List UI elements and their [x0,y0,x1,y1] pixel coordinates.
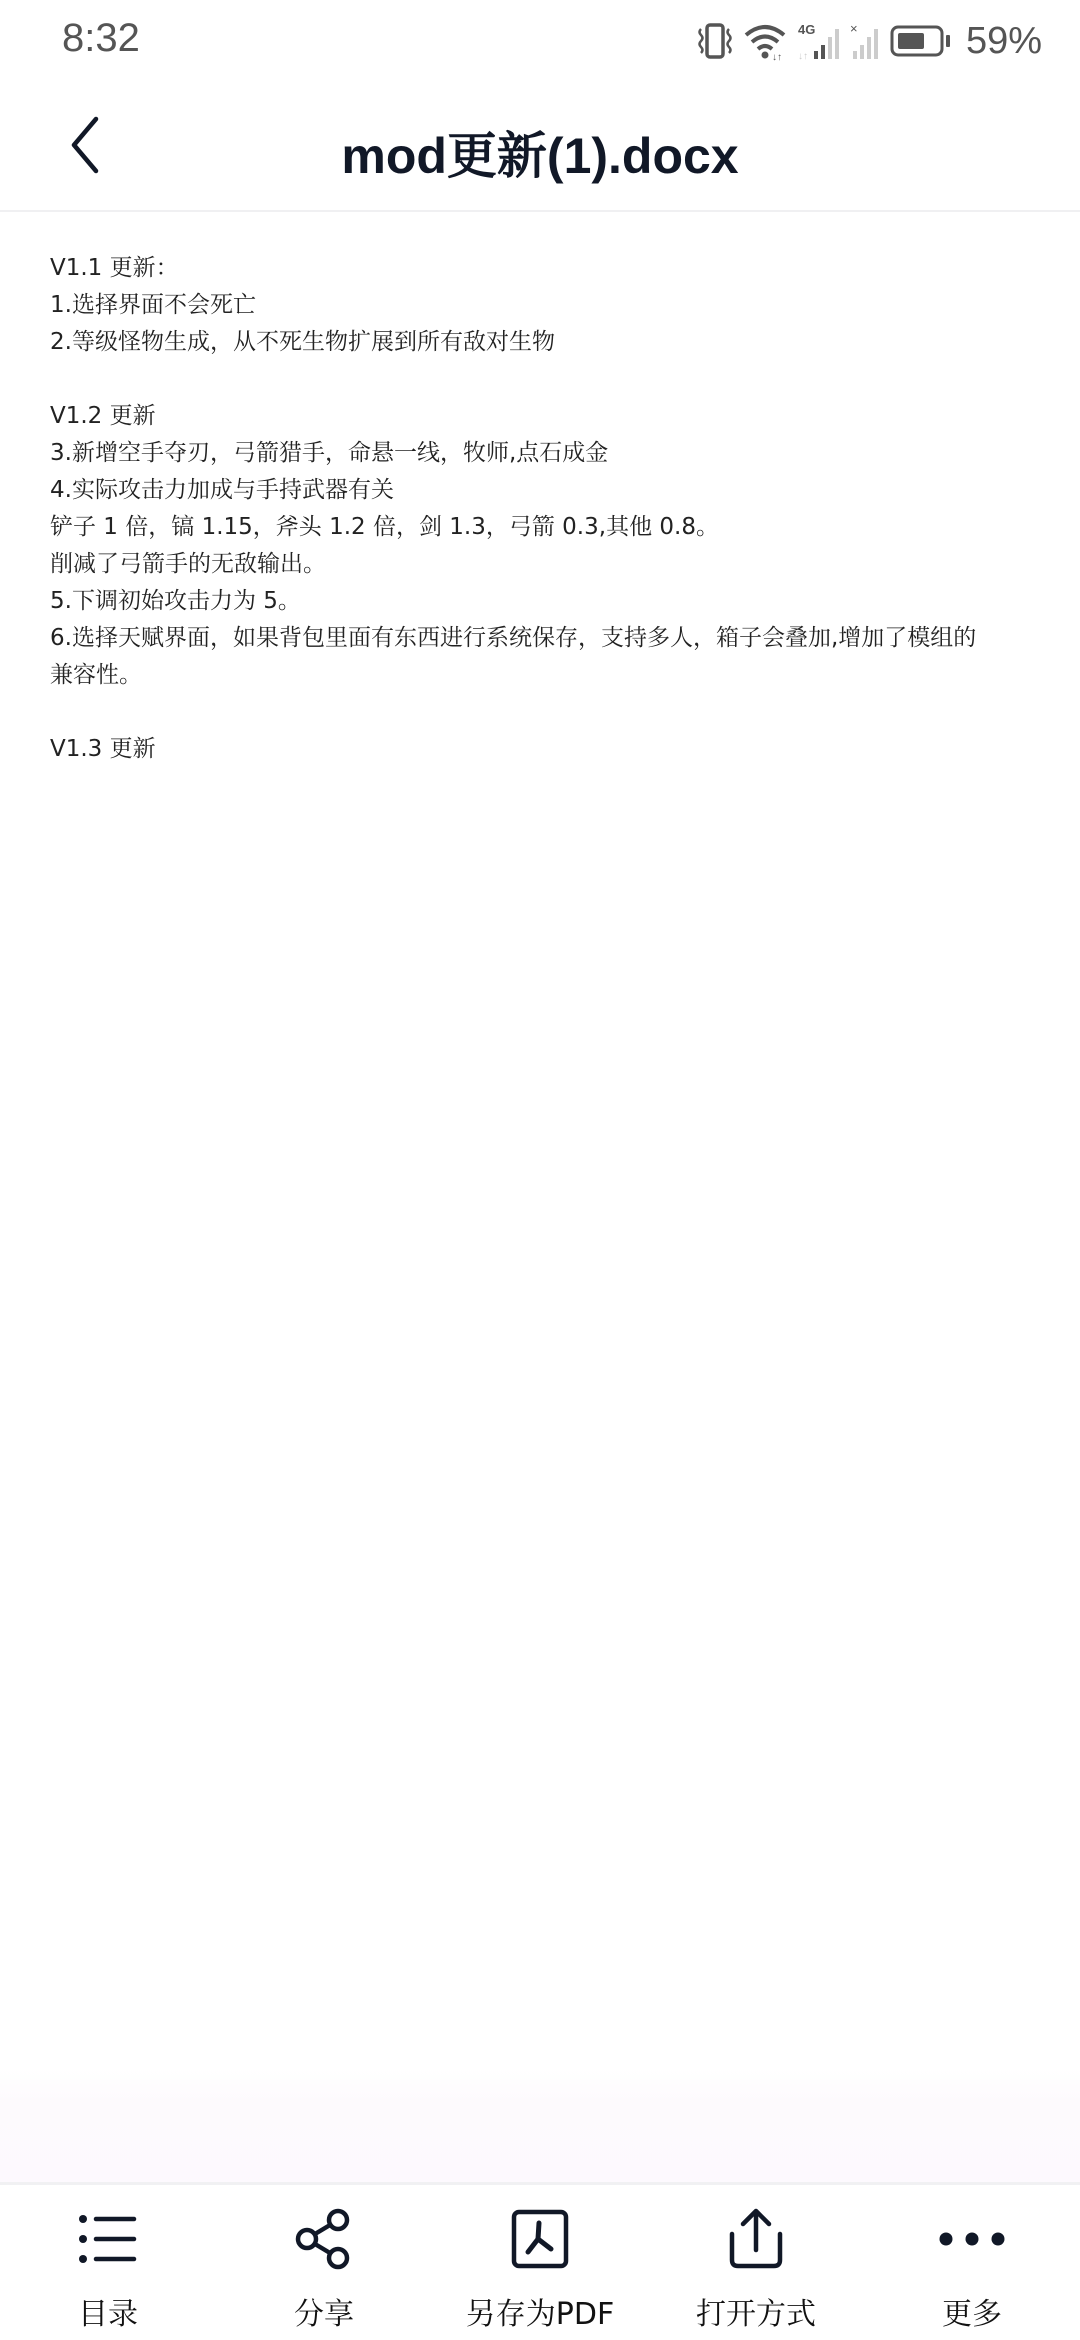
network-label: 4G [798,22,815,37]
wifi-icon: ↓↑ [744,21,786,61]
save-as-pdf-button[interactable]: 另存为PDF [432,2185,648,2340]
more-label: 更多 [942,2289,1002,2333]
status-icons: ↓↑ 4G↓↑ × 59% [696,18,1042,64]
toc-label: 目录 [78,2289,138,2333]
doc-heading-v1-1: V1.1 更新： [50,250,1040,287]
status-time: 8:32 [62,16,140,61]
document-content: V1.1 更新： 1.选择界面不会死亡 2.等级怪物生成，从不死生物扩展到所有敌… [50,250,1040,768]
doc-line: 削减了弓箭手的无敌输出。 [50,546,1040,583]
more-icon [938,2203,1006,2275]
app-header: mod更新(1).docx [0,80,1080,212]
share-button[interactable]: 分享 [216,2185,432,2340]
content-bottom-fade [0,2068,1080,2182]
svg-text:↓↑: ↓↑ [772,52,782,61]
bottom-toolbar: 目录 分享 另存为PDF 打开方式 更多 [0,2182,1080,2340]
doc-line: 6.选择天赋界面，如果背包里面有东西进行系统保存，支持多人，箱子会叠加,增加了模… [50,620,1040,657]
vibrate-icon [696,21,734,61]
svg-text:×: × [850,21,858,36]
battery-icon [890,23,952,59]
doc-line: 5.下调初始攻击力为 5。 [50,583,1040,620]
doc-line: 铲子 1 倍，镐 1.15，斧头 1.2 倍，剑 1.3，弓箭 0.3,其他 0… [50,509,1040,546]
save-as-pdf-label: 另存为PDF [466,2289,614,2333]
more-button[interactable]: 更多 [864,2185,1080,2340]
doc-line: 1.选择界面不会死亡 [50,287,1040,324]
svg-text:↓↑: ↓↑ [798,51,808,61]
status-bar: 8:32 ↓↑ 4G↓↑ × 59% [0,0,1080,80]
share-label: 分享 [294,2289,354,2333]
signal-no-service-icon: × [850,21,880,61]
open-with-button[interactable]: 打开方式 [648,2185,864,2340]
doc-line: 2.等级怪物生成，从不死生物扩展到所有敌对生物 [50,324,1040,361]
doc-heading-v1-3: V1.3 更新 [50,731,1040,768]
document-title: mod更新(1).docx [0,116,1080,188]
signal-4g-icon: 4G↓↑ [796,21,840,61]
pdf-icon [511,2203,569,2275]
doc-heading-v1-2: V1.2 更新 [50,398,1040,435]
share-icon [294,2203,354,2275]
doc-line: 4.实际攻击力加成与手持武器有关 [50,472,1040,509]
doc-line: 兼容性。 [50,657,1040,694]
list-icon [78,2203,138,2275]
toc-button[interactable]: 目录 [0,2185,216,2340]
open-with-icon [726,2203,786,2275]
doc-blank-line [50,694,1040,731]
open-with-label: 打开方式 [696,2289,816,2333]
doc-blank-line [50,361,1040,398]
battery-percent: 59% [966,20,1042,63]
doc-line: 3.新增空手夺刃，弓箭猎手，命悬一线，牧师,点石成金 [50,435,1040,472]
